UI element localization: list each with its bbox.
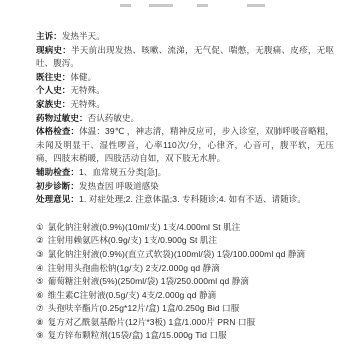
medication-order-item: ⑦头孢呋辛酯片(0.25g*12片/盒) 1盒/0.250g Bid 口服 xyxy=(36,302,334,316)
field-drug-allergy-history: 药物过敏史：否认药敏史。 xyxy=(36,112,334,126)
field-family-history: 家族史：无特殊。 xyxy=(36,98,334,112)
order-number: ⑤ xyxy=(36,275,44,289)
order-text: 维生素C注射液(0.5g/支) 4支/2.000g qd 静滴 xyxy=(48,290,216,300)
field-preliminary-diagnosis: 初步诊断：发热查因 呼吸道感染 xyxy=(36,180,334,194)
field-label: 药物过敏史： xyxy=(36,113,88,123)
order-number: ⑥ xyxy=(36,289,44,303)
medication-order-item: ⑨复方锌布颗粒剂(15袋/盒) 1盒/15.000g Tid 口服 xyxy=(36,329,334,343)
field-label: 体格检查： xyxy=(36,126,79,136)
outpatient-medical-record-page: 主诉：发热半天。 现病史：半天前出现发热、咳嗽、流涕，无气促、喘憋，无腹痛、皮疹… xyxy=(0,0,360,360)
medication-order-item: ②注射用赖氨匹林(0.9g/支) 1支/0.900g St 肌注 xyxy=(36,234,334,248)
medication-order-item: ⑧复方对乙酰氨基酚片(12片*3板) 1盒/1.000片 PRN 口服 xyxy=(36,316,334,330)
field-label: 辅助检查： xyxy=(36,167,79,177)
order-number: ⑧ xyxy=(36,316,44,330)
field-present-illness-history: 现病史：半天前出现发热、咳嗽、流涕，无气促、喘憋，无腹痛、皮疹，无呕吐、腹泻。 xyxy=(36,44,334,71)
field-value: 半天前出现发热、咳嗽、流涕，无气促、喘憋，无腹痛、皮疹，无呕吐、腹泻。 xyxy=(36,45,334,69)
medication-order-item: ①氯化钠注射液(0.9%)(10ml/支) 1支/4.000ml St 肌注 xyxy=(36,221,334,235)
field-auxiliary-examination: 辅助检查：1、血常规五分类[急]。 xyxy=(36,166,334,180)
medication-order-list: ①氯化钠注射液(0.9%)(10ml/支) 1支/4.000ml St 肌注 ②… xyxy=(36,221,334,343)
field-value: 1. 对症处理;2. 注意体温;3. 专科随诊;4. 如有不适、请随诊。 xyxy=(79,194,306,204)
field-value: 无特殊。 xyxy=(70,85,104,95)
medication-order-item: ⑥维生素C注射液(0.5g/支) 4支/2.000g qd 静滴 xyxy=(36,289,334,303)
order-text: 注射用赖氨匹林(0.9g/支) 1支/0.900g St 肌注 xyxy=(48,235,217,245)
text-fragment xyxy=(197,4,208,7)
order-number: ③ xyxy=(36,248,44,262)
field-label: 家族史： xyxy=(36,99,70,109)
order-text: 注射用头孢曲松钠(1g/支) 2支/2.000g qd 静滴 xyxy=(48,263,220,273)
medication-order-item: ③氯化钠注射液(0.9%)(直立式软袋)(100ml/袋) 1袋/100.000… xyxy=(36,248,334,262)
medication-order-item: ⑤葡萄糖注射液(5%)(250ml/袋) 1袋/250.000ml qd 静滴 xyxy=(36,275,334,289)
field-value: 1、血常规五分类[急]。 xyxy=(79,167,166,177)
order-number: ④ xyxy=(36,262,44,276)
field-past-history: 既往史：体健。 xyxy=(36,71,334,85)
field-label: 个人史： xyxy=(36,85,70,95)
text-fragment xyxy=(247,4,265,7)
order-text: 氯化钠注射液(0.9%)(10ml/支) 1支/4.000ml St 肌注 xyxy=(48,222,241,232)
field-value: 否认药敏史。 xyxy=(88,113,140,123)
order-text: 复方锌布颗粒剂(15袋/盒) 1盒/15.000g Tid 口服 xyxy=(48,330,227,340)
order-number: ① xyxy=(36,221,44,235)
order-number: ⑦ xyxy=(36,302,44,316)
clipped-top-text-fragments xyxy=(0,2,360,8)
order-text: 葡萄糖注射液(5%)(250ml/袋) 1袋/250.000ml qd 静滴 xyxy=(48,276,249,286)
order-number: ② xyxy=(36,234,44,248)
field-value: 发热半天。 xyxy=(62,31,105,41)
field-value: 体温：39℃ ，神志清，精神反应可，步入诊室，双肺呼吸音略粗，未闻及明显干、湿性… xyxy=(36,126,334,163)
field-value: 发热查因 呼吸道感染 xyxy=(79,181,159,191)
order-number: ⑨ xyxy=(36,329,44,343)
field-treatment-advice: 处理意见：1. 对症处理;2. 注意体温;3. 专科随诊;4. 如有不适、请随诊… xyxy=(36,193,334,207)
field-value: 体健。 xyxy=(70,72,96,82)
field-value: 无特殊。 xyxy=(70,99,104,109)
field-label: 处理意见： xyxy=(36,194,79,204)
field-personal-history: 个人史：无特殊。 xyxy=(36,84,334,98)
field-physical-examination: 体格检查：体温：39℃ ，神志清，精神反应可，步入诊室，双肺呼吸音略粗，未闻及明… xyxy=(36,125,334,166)
field-label: 现病史： xyxy=(36,45,71,55)
order-text: 头孢呋辛酯片(0.25g*12片/盒) 1盒/0.250g Bid 口服 xyxy=(48,303,240,313)
field-chief-complaint: 主诉：发热半天。 xyxy=(36,30,334,44)
order-text: 氯化钠注射液(0.9%)(直立式软袋)(100ml/袋) 1袋/100.000m… xyxy=(48,249,305,259)
medication-order-item: ④注射用头孢曲松钠(1g/支) 2支/2.000g qd 静滴 xyxy=(36,262,334,276)
field-label: 既往史： xyxy=(36,72,70,82)
field-label: 初步诊断： xyxy=(36,181,79,191)
text-fragment xyxy=(149,4,173,7)
field-label: 主诉： xyxy=(36,31,62,41)
order-text: 复方对乙酰氨基酚片(12片*3板) 1盒/1.000片 PRN 口服 xyxy=(48,317,255,327)
text-fragment xyxy=(120,4,131,7)
